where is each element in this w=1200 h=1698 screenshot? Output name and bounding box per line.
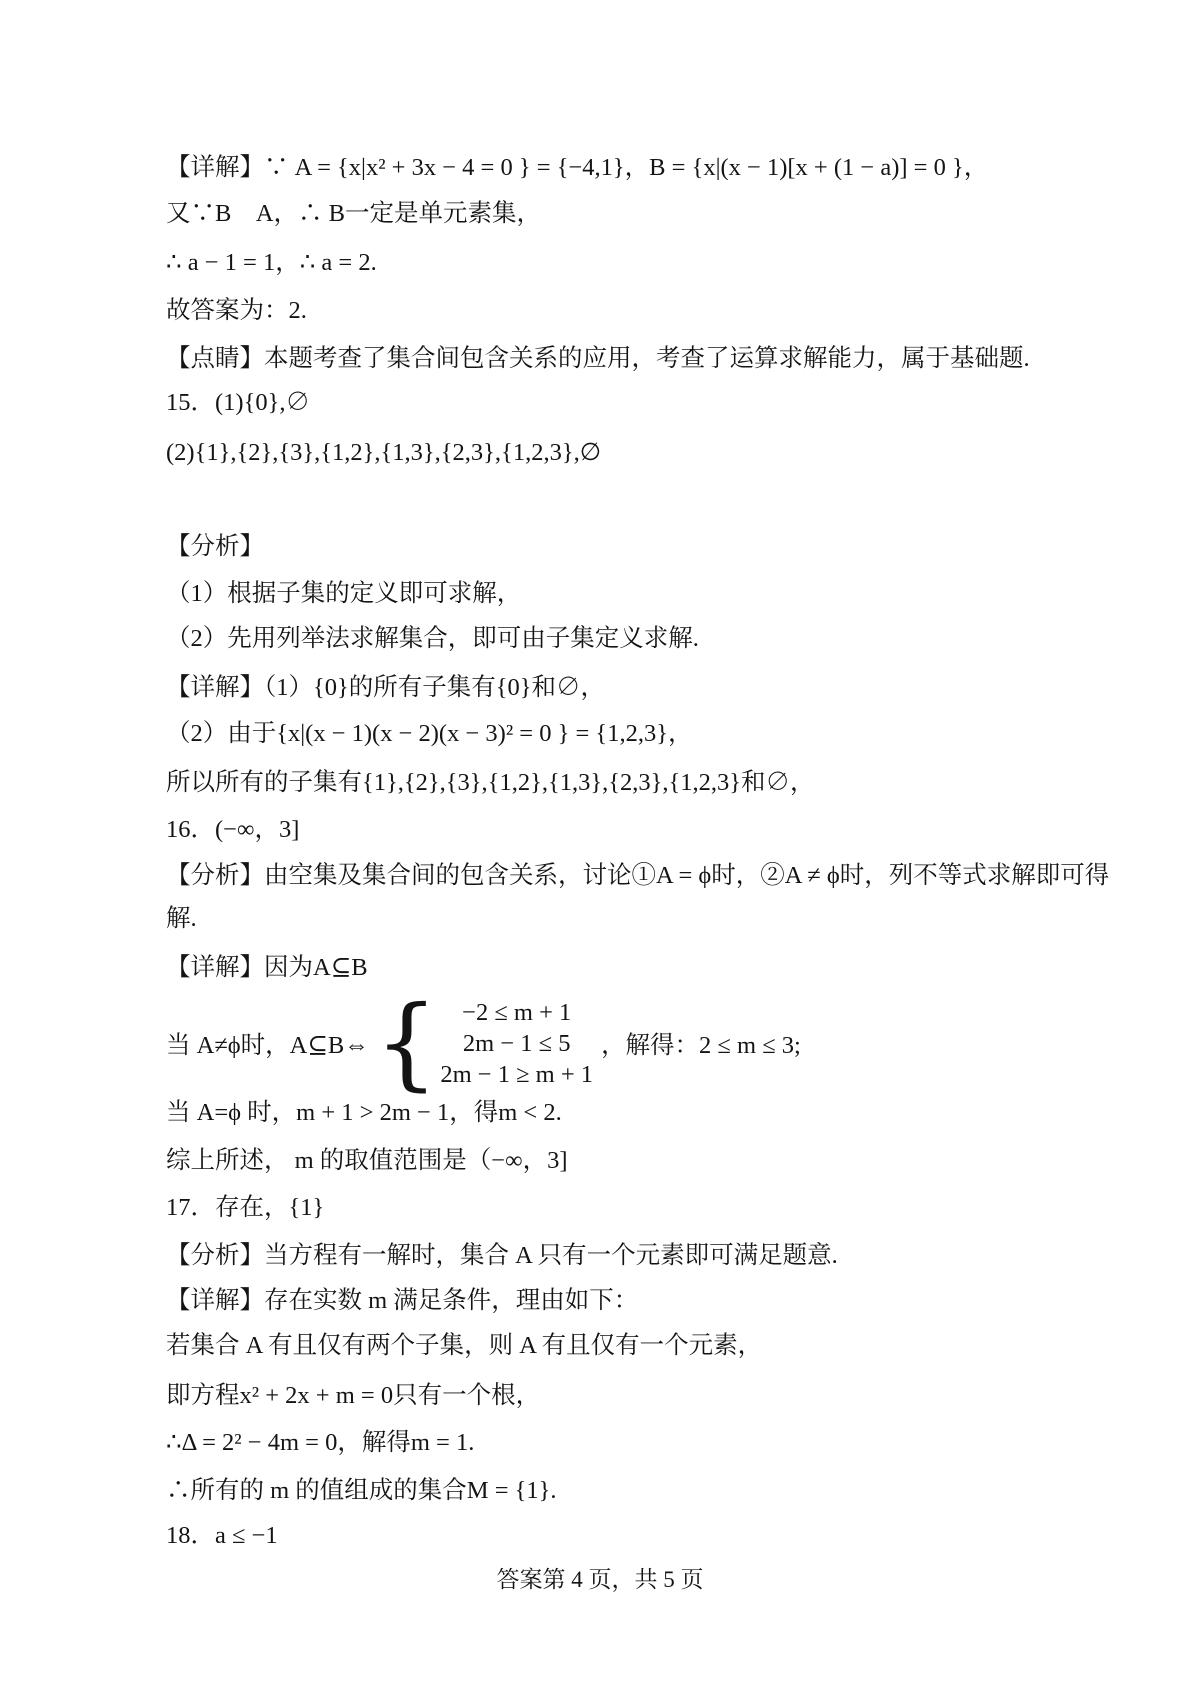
q14-note-line: 【点睛】本题考查了集合间包含关系的应用，考查了运算求解能力，属于基础题. [166, 344, 1030, 374]
q15-detail-line3: 所以所有的子集有{1},{2},{3},{1,2},{1,3},{2,3},{1… [166, 768, 815, 798]
q15-answer-part2: (2){1},{2},{3},{1,2},{1,3},{2,3},{1,2,3}… [166, 438, 601, 468]
q16-conclusion-line: 综上所述， m 的取值范围是（−∞，3] [166, 1146, 568, 1176]
left-brace-glyph: { [375, 995, 439, 1091]
q16-system-rows: −2 ≤ m + 1 2m − 1 ≤ 5 2m − 1 ≥ m + 1 [440, 997, 593, 1090]
q14-detail-line: 【详解】∵ A = {x|x² + 3x − 4 = 0 } = {−4,1}，… [166, 153, 988, 183]
q15-analysis-line2: （2）先用列举法求解集合，即可由子集定义求解. [166, 624, 699, 654]
q16-system-suffix: ，解得：2 ≤ m ≤ 3; [601, 1026, 801, 1061]
q17-detail-line3: 即方程x² + 2x + m = 0只有一个根， [166, 1381, 540, 1411]
q16-analysis-line1: 【分析】由空集及集合间的包含关系，讨论①A = ϕ时，②A ≠ ϕ时，列不等式求… [166, 861, 1109, 891]
q18-answer-line: 18．a ≤ −1 [166, 1521, 278, 1551]
q16-system-prefix: 当 A≠ϕ时，A⊆B⇔ [166, 1026, 369, 1061]
q16-system-row3: 2m − 1 ≥ m + 1 [440, 1059, 593, 1090]
q17-detail-line5: ∴所有的 m 的值组成的集合M = {1}. [166, 1476, 557, 1506]
q16-inequality-system: 当 A≠ϕ时，A⊆B⇔ { −2 ≤ m + 1 2m − 1 ≤ 5 2m −… [166, 995, 801, 1091]
q16-system-row1: −2 ≤ m + 1 [462, 997, 571, 1028]
q17-detail-line1: 【详解】存在实数 m 满足条件，理由如下： [166, 1286, 638, 1316]
q16-detail-line2: 当 A=ϕ 时，m + 1 > 2m − 1，得m < 2. [166, 1098, 562, 1128]
q17-analysis-line: 【分析】当方程有一解时，集合 A 只有一个元素即可满足题意. [166, 1241, 838, 1271]
q17-detail-line4: ∴Δ = 2² − 4m = 0，解得m = 1. [166, 1428, 474, 1458]
q16-detail-line1: 【详解】因为A⊆B [166, 953, 368, 983]
q16-answer-line: 16．(−∞，3] [166, 815, 299, 845]
q17-answer-line: 17．存在，{1} [166, 1193, 324, 1223]
q15-detail-line1: 【详解】（1）{0}的所有子集有{0}和∅， [166, 673, 605, 703]
q14-answer-line: 故答案为：2. [166, 296, 307, 326]
q15-answer-part1: 15．(1){0},∅ [166, 388, 310, 418]
page-footer: 答案第 4 页，共 5 页 [0, 1566, 1200, 1594]
q16-system-row2: 2m − 1 ≤ 5 [463, 1028, 571, 1059]
q15-detail-line2: （2）由于{x|(x − 1)(x − 2)(x − 3)² = 0 } = {… [166, 719, 692, 749]
q15-analysis-header: 【分析】 [166, 532, 264, 562]
q17-detail-line2: 若集合 A 有且仅有两个子集，则 A 有且仅有一个元素， [166, 1331, 762, 1361]
q14-conclusion-line: ∴ a − 1 = 1，∴ a = 2. [166, 248, 377, 278]
q14-reasoning-line: 又∵B A，∴ B一定是单元素集， [166, 199, 541, 229]
q16-analysis-line2: 解. [166, 904, 197, 934]
q15-analysis-line1: （1）根据子集的定义即可求解， [166, 579, 521, 609]
answer-sheet-page: 【详解】∵ A = {x|x² + 3x − 4 = 0 } = {−4,1}，… [0, 0, 1200, 1698]
